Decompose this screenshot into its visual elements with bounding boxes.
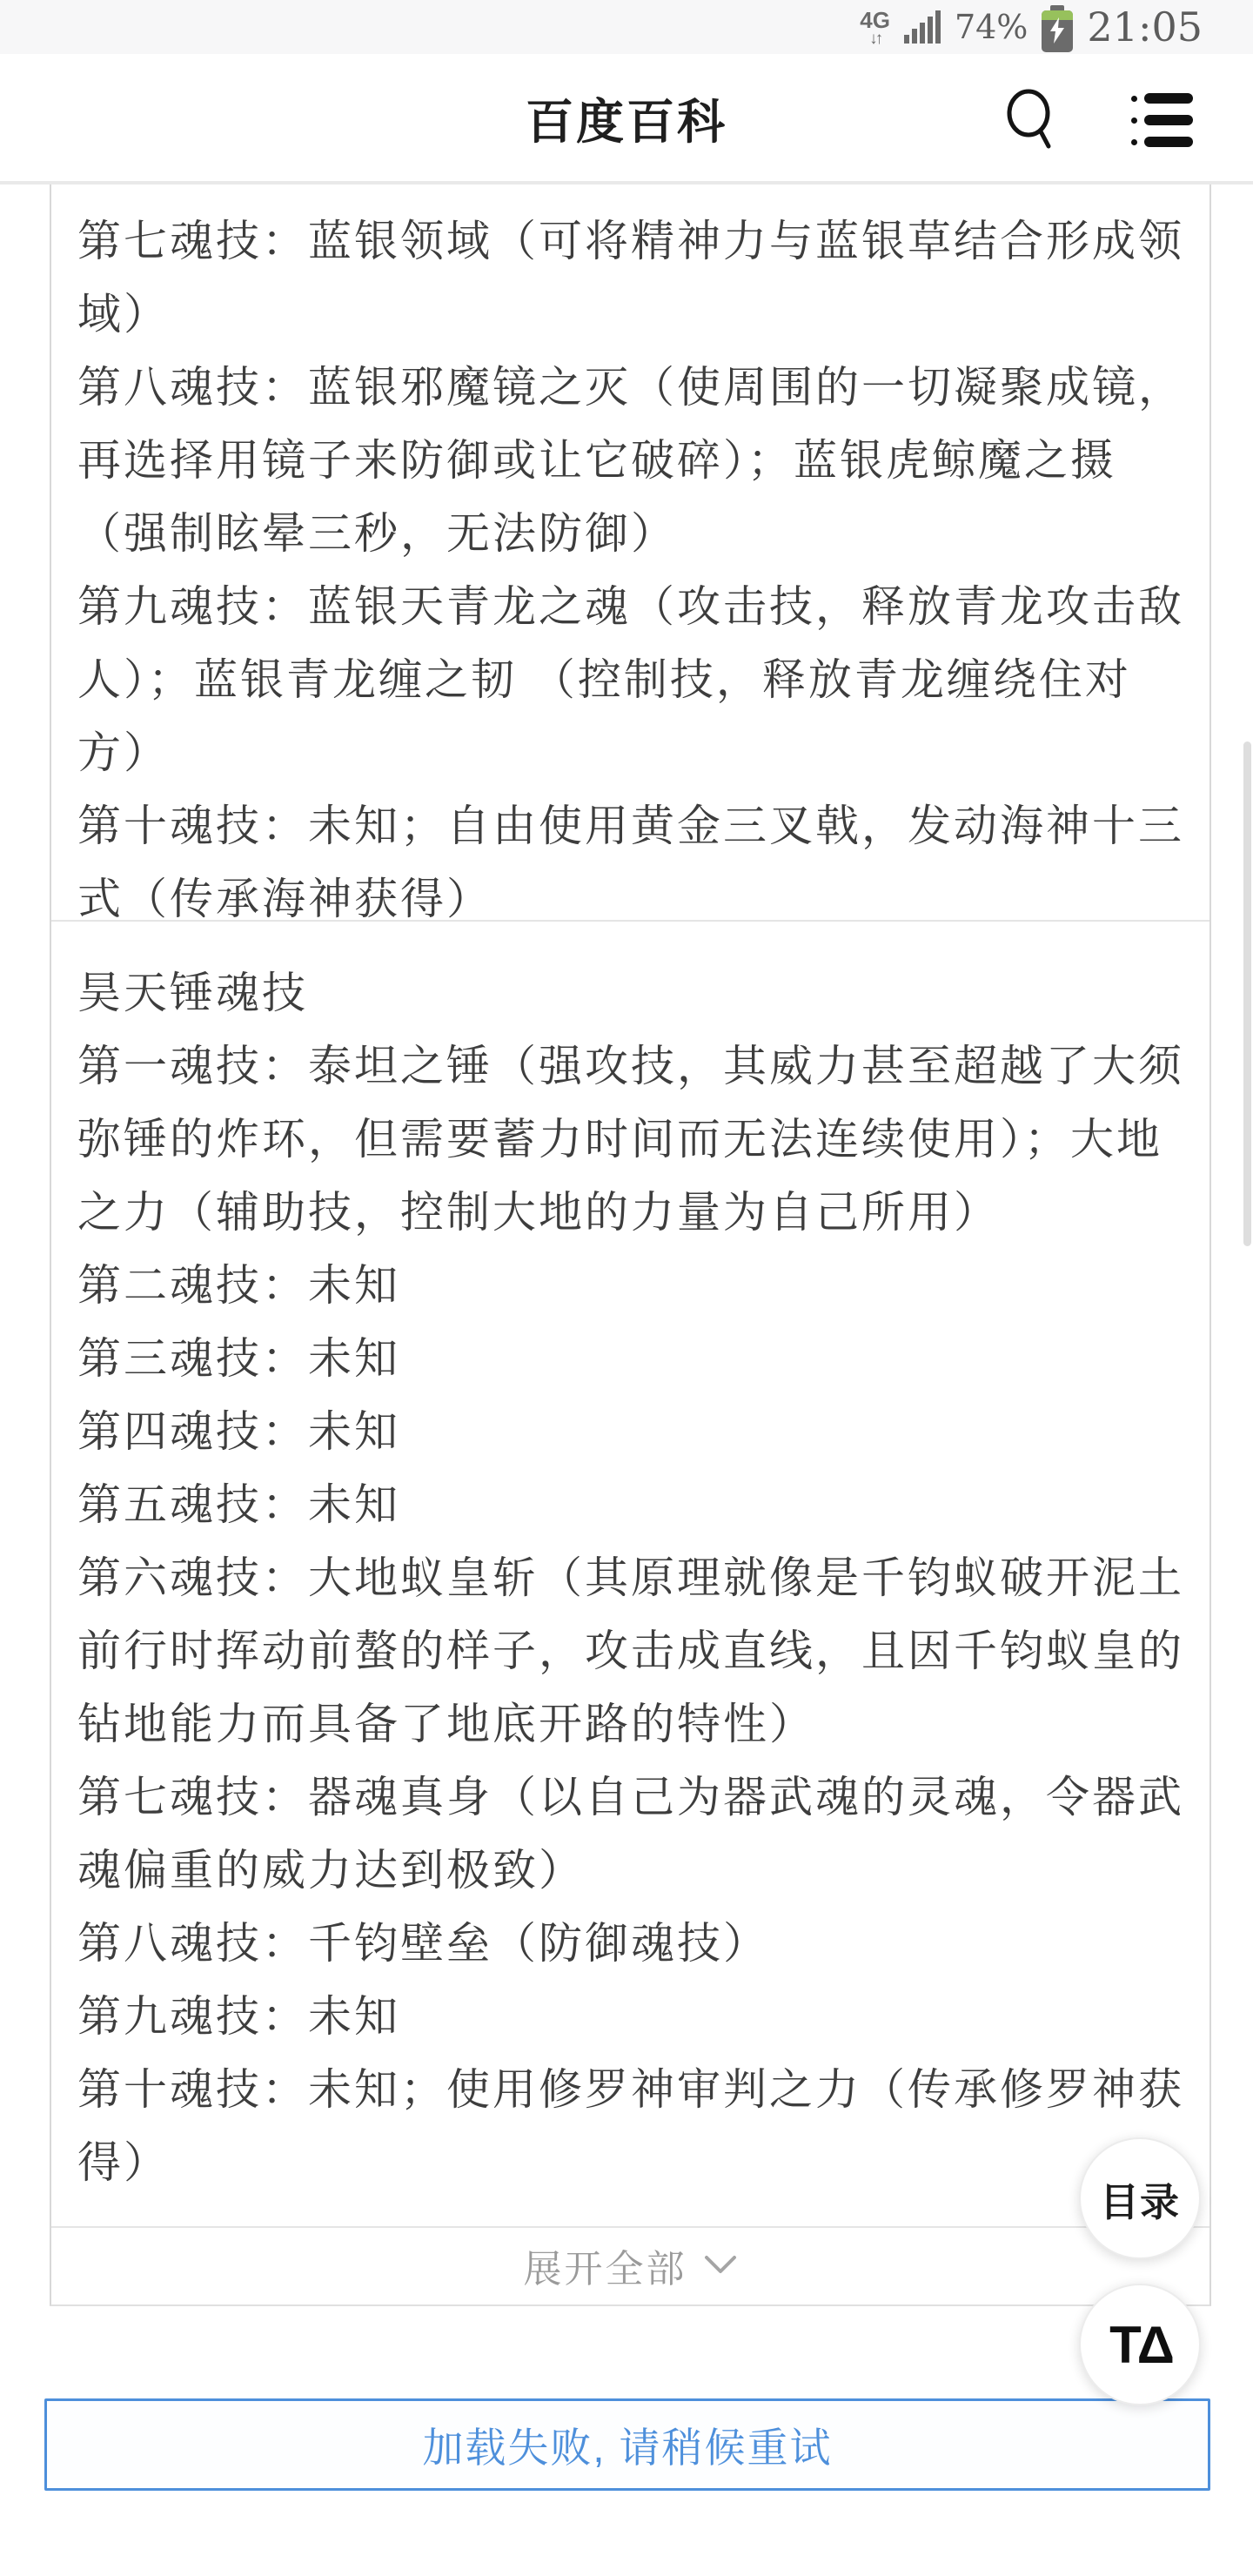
article-text-line: 钻地能力而具备了地底开路的特性）	[77, 1684, 1201, 1757]
article-text-line: 域）	[77, 274, 1201, 347]
search-button[interactable]	[1001, 89, 1062, 150]
toc-fab-button[interactable]: 目录	[1079, 2137, 1201, 2259]
article-text-line: 前行时挥动前螯的样子，攻击成直线，且因千钧蚁皇的	[77, 1611, 1201, 1684]
ta-logo: TΔ	[1109, 2315, 1170, 2375]
toc-label: 目录	[1100, 2170, 1180, 2227]
article-text-line: 第十魂技：未知；自由使用黄金三叉戟，发动海神十三	[77, 786, 1201, 859]
article-text-line: 再选择用镜子来防御或让它破碎）；蓝银虎鲸魔之摄	[77, 420, 1201, 493]
article-text-line: 第六魂技：大地蚁皇斩（其原理就像是千钧蚁破开泥土	[77, 1538, 1201, 1611]
chevron-down-icon	[703, 2254, 738, 2277]
article-text-line: 之力（辅助技，控制大地的力量为自己所用）	[77, 1172, 1201, 1245]
signal-strength-icon	[904, 10, 941, 44]
ta-says-fab-button[interactable]: TΔ	[1079, 2284, 1201, 2405]
article-text-line: 魂偏重的威力达到极致）	[77, 1830, 1201, 1903]
section-heading: 昊天锤魂技	[77, 953, 1201, 1026]
article-text-line: 第七魂技：器魂真身（以自己为器武魂的灵魂，令器武	[77, 1757, 1201, 1830]
article-text-line: 第二魂技：未知	[77, 1245, 1201, 1318]
battery-percent-label: 74%	[955, 8, 1028, 46]
article-text-line: 人）；蓝银青龙缠之韧 （控制技，释放青龙缠绕住对	[77, 640, 1201, 713]
article-text-line: 第八魂技：蓝银邪魔镜之灭（使周围的一切凝聚成镜，	[77, 347, 1201, 420]
article-text-line: 第一魂技：泰坦之锤（强攻技，其威力甚至超越了大须	[77, 1026, 1201, 1099]
baike-mobile-screen: 第七魂技：蓝银领域（可将精神力与蓝银草结合形成领 域） 第八魂技：蓝银邪魔镜之灭…	[0, 0, 1253, 2576]
article-text-line: 第十魂技：未知；使用修罗神审判之力（传承修罗神获	[77, 2049, 1201, 2123]
scrollbar[interactable]	[1243, 741, 1251, 1246]
status-bar: 4G ↓↑ 74% 21:05	[0, 0, 1253, 54]
clock-label: 21:05	[1087, 3, 1203, 50]
article-text-line: 第九魂技：蓝银天青龙之魂（攻击技，释放青龙攻击敌	[77, 567, 1201, 640]
article-text-line: 第五魂技：未知	[77, 1465, 1201, 1538]
list-menu-icon	[1131, 93, 1218, 147]
article-text-line: 第四魂技：未知	[77, 1392, 1201, 1465]
article-text-line: 第九魂技：未知	[77, 1976, 1201, 2049]
article-text-line: 弥锤的炸环，但需要蓄力时间而无法连续使用）；大地	[77, 1099, 1201, 1172]
search-icon	[1002, 89, 1060, 150]
expand-all-button[interactable]: 展开全部	[51, 2226, 1209, 2304]
expand-all-label: 展开全部	[524, 2237, 687, 2293]
page-title: 百度百科	[0, 54, 1253, 181]
retry-load-button[interactable]: 加载失败, 请稍候重试	[44, 2398, 1210, 2491]
article-text-line: 得）	[77, 2123, 1201, 2196]
article-text-line: 第八魂技：千钧壁垒（防御魂技）	[77, 1903, 1201, 1976]
app-header: 百度百科	[0, 54, 1253, 184]
section-divider	[51, 920, 1209, 922]
network-indicator: 4G ↓↑	[860, 9, 890, 47]
retry-load-label: 加载失败, 请稍候重试	[422, 2416, 832, 2474]
battery-charging-icon	[1042, 5, 1073, 52]
network-type-label: 4G	[860, 9, 890, 31]
article-text-line: （强制眩晕三秒，无法防御）	[77, 493, 1201, 567]
menu-button[interactable]	[1131, 85, 1218, 155]
article-text-line: 第三魂技：未知	[77, 1318, 1201, 1392]
network-arrows-icon: ↓↑	[869, 30, 881, 47]
article-text-line: 方）	[77, 713, 1201, 786]
article-text-line: 第七魂技：蓝银领域（可将精神力与蓝银草结合形成领	[77, 201, 1201, 274]
article-card: 第七魂技：蓝银领域（可将精神力与蓝银草结合形成领 域） 第八魂技：蓝银邪魔镜之灭…	[50, 54, 1211, 2306]
